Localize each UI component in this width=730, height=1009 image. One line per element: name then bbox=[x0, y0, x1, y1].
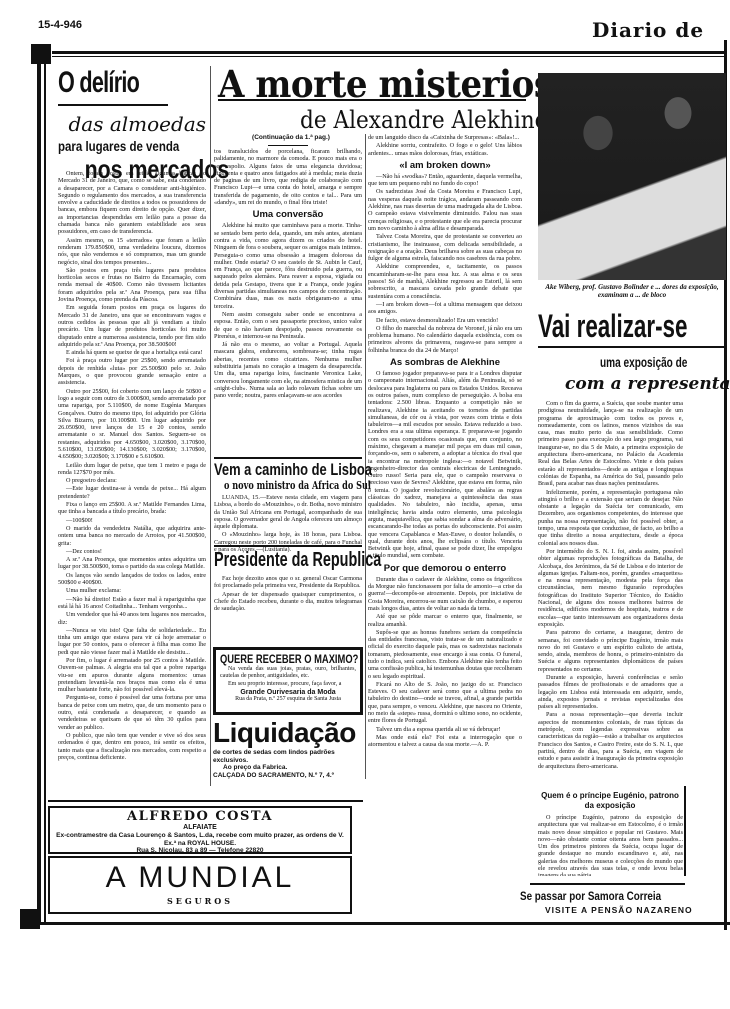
corner-block-bottom bbox=[20, 909, 40, 929]
ad-mundial: A MUNDIAL SEGUROS bbox=[48, 856, 352, 914]
alekhine-continuation: (Continuação da 1.ª pag.) bbox=[226, 134, 356, 141]
eugenio-body: O príncipe Eugénio, patrono da exposição… bbox=[538, 814, 683, 876]
alfredo-trade: ALFAIATE bbox=[54, 824, 346, 832]
adjacent-box-border bbox=[684, 786, 686, 876]
ourivesaria-name: Grande Ourivesaria da Moda bbox=[220, 689, 356, 696]
ourivesaria-title: QUERE RECEBER O MAXIMO? bbox=[220, 652, 326, 666]
delirio-title-underline bbox=[58, 104, 168, 106]
ads-top-rule bbox=[48, 800, 363, 802]
article-presidente: Presidente da Republica Faz hoje dezoito… bbox=[214, 549, 362, 613]
alekhine-subtitle: de Alexandre Alekhine bbox=[300, 106, 547, 134]
alfredo-name: ALFREDO COSTA bbox=[54, 810, 346, 824]
liquidacao-price: Ao preço da Fabrica. bbox=[213, 764, 363, 772]
corner-block-top bbox=[31, 44, 51, 64]
subhead-broken-down: «I am broken down» bbox=[368, 160, 522, 171]
left-border-bar bbox=[37, 64, 41, 924]
alekhine-col2: de um languido disco da «Caixinha de Sur… bbox=[368, 134, 522, 772]
liquidacao-address: CALÇADA DO SACRAMENTO, N.º 7, 4.º bbox=[213, 772, 363, 780]
delirio-line2: para lugares de venda bbox=[58, 138, 179, 154]
alekhine-title-underline bbox=[218, 99, 526, 101]
subhead-sombras: As sombras de Alekhine bbox=[368, 357, 522, 368]
ad-liquidacao: Liquidação de cortes de sedas com lindos… bbox=[213, 717, 363, 779]
bottom-rule bbox=[40, 922, 730, 925]
exposicao-body: Com o fim da guerra, a Suécia, que soube… bbox=[538, 400, 683, 790]
exposicao-subtitle2: com a representa bbox=[565, 374, 730, 394]
liquidacao-body: de cortes de sedas com lindos padrões ex… bbox=[213, 749, 363, 764]
article-lisboa: Vem a caminho de Lisboa o novo ministro … bbox=[214, 460, 362, 554]
subhead-uma-conversao: Uma conversão bbox=[214, 209, 362, 220]
mundial-name: A MUNDIAL bbox=[50, 860, 350, 896]
delirio-body: Ontem, foram postas em leilão algumas ba… bbox=[58, 170, 206, 780]
continuation-rule bbox=[268, 145, 308, 146]
ourivesaria-address: Rua da Prata, n.º 257 esquina de Santa J… bbox=[220, 696, 356, 703]
presidente-title: Presidente da Republica bbox=[214, 549, 321, 572]
alfredo-line2: Rua S. Nicolau, 83 a 89 — Telefone 22820 bbox=[54, 847, 346, 855]
exposicao-title-rule bbox=[538, 346, 726, 348]
top-rule bbox=[52, 51, 725, 54]
lisboa-title: Vem a caminho de Lisboa bbox=[214, 460, 326, 479]
photo-caption: Ake Wiberg, prof. Gustavo Bolinder e ...… bbox=[538, 283, 726, 299]
ad-ourivesaria: QUERE RECEBER O MAXIMO? Na venda das sua… bbox=[213, 647, 363, 715]
lisboa-top-rule bbox=[214, 457, 362, 459]
left-border-bar-inner bbox=[44, 64, 46, 924]
delirio-subtitle: das almoedas bbox=[58, 112, 206, 136]
subhead-eugenio: Quem é o príncipe Eugénio, patrono da ex… bbox=[540, 791, 680, 811]
masthead: Diario de bbox=[592, 18, 704, 42]
delirio-title: O delírio bbox=[58, 66, 165, 100]
exposicao-subtitle: uma exposição de bbox=[600, 354, 687, 370]
lisboa-subtitle: o novo ministro da Africa do Sul bbox=[224, 479, 326, 492]
column-rule-1 bbox=[210, 66, 211, 786]
alekhine-col1: tos translucidos de porcelana, ficaram b… bbox=[214, 148, 362, 422]
mundial-sub: SEGUROS bbox=[50, 896, 350, 906]
column-rule-2 bbox=[365, 134, 366, 779]
exposition-photo bbox=[538, 73, 726, 280]
pensao-top-rule bbox=[530, 883, 685, 885]
pensao-line1: Se passar por Samora Correia bbox=[520, 889, 661, 903]
ad-alfredo-costa: ALFREDO COSTA ALFAIATE Ex-contramestre d… bbox=[48, 806, 352, 854]
article-delirio: O delírio das almoedas para lugares de v… bbox=[58, 66, 206, 185]
top-rule-thin bbox=[52, 56, 725, 57]
presidente-top-rule bbox=[214, 545, 362, 547]
pensao-line2: VISITE A PENSÃO NAZARENO bbox=[545, 905, 693, 915]
alfredo-line1: Ex-contramestre da Casa Lourenço & Santo… bbox=[54, 832, 346, 847]
exposicao-title: Vai realizar-se bbox=[538, 308, 687, 345]
adjacent-column-edge bbox=[686, 400, 716, 860]
issue-date: 15-4-946 bbox=[38, 19, 82, 31]
subhead-enterro: Por que demorou o enterro bbox=[368, 563, 522, 574]
liquidacao-title: Liquidação bbox=[213, 717, 363, 749]
